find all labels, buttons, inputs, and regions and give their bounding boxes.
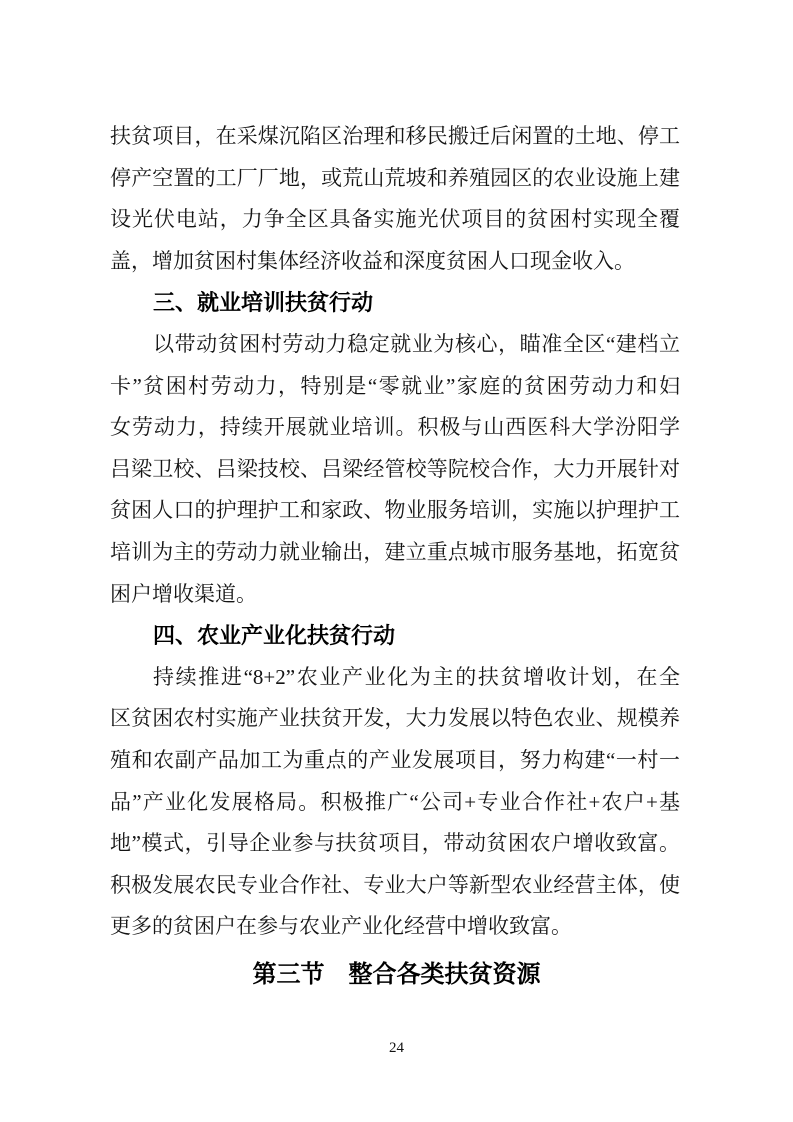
paragraph-line: 品”产业化发展格局。积极推广“公司+专业合作社+农户+基 (110, 782, 680, 824)
paragraph-line: 更多的贫困户在参与农业产业化经营中增收致富。 (110, 906, 680, 948)
paragraph-line: 困户增收渠道。 (110, 574, 680, 616)
section-title-prefix: 第三节 (253, 962, 325, 988)
section-heading: 三、就业培训扶贫行动 (110, 282, 680, 324)
paragraph-line: 地”模式，引导企业参与扶贫项目，带动贫困农户增收致富。 (110, 823, 680, 865)
paragraph-line: 贫困人口的护理护工和家政、物业服务培训，实施以护理护工 (110, 490, 680, 532)
section-title-text: 整合各类扶贫资源 (349, 962, 541, 988)
paragraph-line: 停产空置的工厂厂地，或荒山荒坡和养殖园区的农业设施上建 (110, 158, 680, 200)
paragraph-line: 扶贫项目，在采煤沉陷区治理和移民搬迁后闲置的土地、停工 (110, 116, 680, 158)
document-body: 扶贫项目，在采煤沉陷区治理和移民搬迁后闲置的土地、停工停产空置的工厂厂地，或荒山… (110, 116, 680, 948)
paragraph-line: 设光伏电站，力争全区具备实施光伏项目的贫困村实现全覆 (110, 199, 680, 241)
paragraph-line: 卡”贫困村劳动力，特别是“零就业”家庭的贫困劳动力和妇 (110, 366, 680, 408)
paragraph-line: 吕梁卫校、吕梁技校、吕梁经管校等院校合作，大力开展针对 (110, 449, 680, 491)
paragraph-line: 以带动贫困村劳动力稳定就业为核心，瞄准全区“建档立 (110, 324, 680, 366)
paragraph-line: 积极发展农民专业合作社、专业大户等新型农业经营主体，使 (110, 865, 680, 907)
paragraph-line: 区贫困农村实施产业扶贫开发，大力发展以特色农业、规模养 (110, 698, 680, 740)
paragraph-line: 培训为主的劳动力就业输出，建立重点城市服务基地，拓宽贫 (110, 532, 680, 574)
paragraph-line: 女劳动力，持续开展就业培训。积极与山西医科大学汾阳学院、 (110, 407, 680, 449)
paragraph-line: 持续推进“8+2”农业产业化为主的扶贫增收计划，在全 (110, 657, 680, 699)
section-heading: 四、农业产业化扶贫行动 (110, 615, 680, 657)
document-page: 扶贫项目，在采煤沉陷区治理和移民搬迁后闲置的土地、停工停产空置的工厂厂地，或荒山… (0, 0, 793, 1122)
paragraph-line: 殖和农副产品加工为重点的产业发展项目，努力构建“一村一 (110, 740, 680, 782)
page-number: 24 (0, 1040, 793, 1057)
section-title: 第三节整合各类扶贫资源 (0, 955, 793, 995)
paragraph-line: 盖，增加贫困村集体经济收益和深度贫困人口现金收入。 (110, 241, 680, 283)
